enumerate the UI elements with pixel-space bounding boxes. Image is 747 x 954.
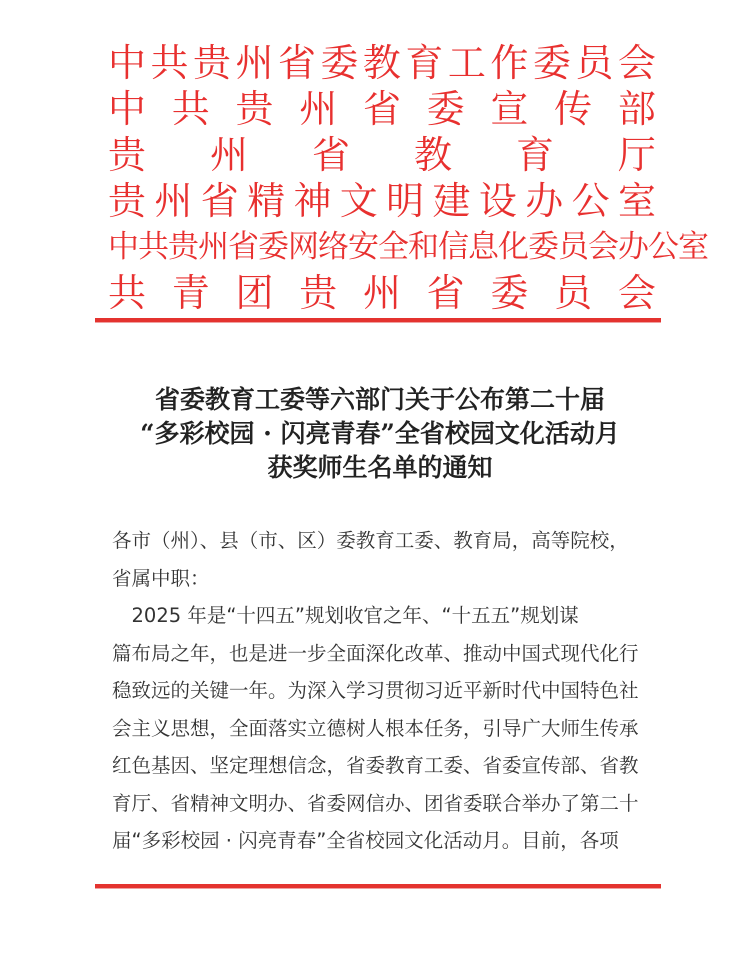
header-char: 作	[490, 40, 528, 86]
header-char: 宣	[490, 86, 528, 132]
header-char: 委	[490, 270, 528, 316]
header-char: 化	[498, 224, 528, 270]
header-char: 贵	[235, 86, 273, 132]
header-char: 网	[288, 224, 318, 270]
salutation-line-1: 各市（州）、县（市、区）委教育工委、教育局，高等院校，	[112, 522, 652, 560]
header-char: 设	[479, 178, 517, 224]
header-char: 委	[258, 224, 288, 270]
header-red-divider	[95, 318, 661, 323]
header-char: 员	[554, 270, 592, 316]
header-char: 州	[363, 270, 401, 316]
header-line-6: 共青团贵州省委员会	[108, 270, 656, 316]
header-char: 教	[414, 132, 452, 178]
header-char: 省	[363, 86, 401, 132]
header-line-4: 贵州省精神文明建设办公室	[108, 178, 656, 224]
title-line-3: 获奖师生名单的通知	[100, 451, 660, 485]
issuing-authorities-header: 中共贵州省委教育工作委员会 中共贵州省委宣传部 贵州省教育厅 贵州省精神文明建设…	[108, 40, 656, 316]
header-char: 文	[340, 178, 378, 224]
header-char: 贵	[193, 40, 231, 86]
header-char: 部	[618, 86, 656, 132]
document-title: 省委教育工委等六部门关于公布第二十届 “多彩校园 · 闪亮青春”全省校园文化活动…	[100, 383, 660, 485]
header-line-2: 中共贵州省委宣传部	[108, 86, 656, 132]
header-char: 省	[278, 40, 316, 86]
header-char: 中	[108, 40, 146, 86]
header-char: 传	[554, 86, 592, 132]
document-body: 各市（州）、县（市、区）委教育工委、教育局，高等院校， 省属中职： 2025 年…	[112, 522, 652, 860]
header-char: 公	[572, 178, 610, 224]
header-char: 精	[247, 178, 285, 224]
header-char: 委	[533, 40, 571, 86]
header-char: 厅	[618, 132, 656, 178]
header-char: 省	[312, 132, 350, 178]
header-line-1: 中共贵州省委教育工作委员会	[108, 40, 656, 86]
header-char: 教	[363, 40, 401, 86]
header-char: 办	[618, 224, 648, 270]
paragraph-line-7: 届“多彩校园 · 闪亮青春”全省校园文化活动月。目前，各项	[112, 822, 652, 860]
header-char: 省	[201, 178, 239, 224]
header-char: 全	[378, 224, 408, 270]
header-char: 工	[448, 40, 486, 86]
header-char: 青	[172, 270, 210, 316]
header-char: 公	[648, 224, 678, 270]
header-char: 中	[108, 224, 138, 270]
header-char: 室	[678, 224, 708, 270]
header-char: 贵	[299, 270, 337, 316]
header-char: 和	[408, 224, 438, 270]
salutation-line-2: 省属中职：	[112, 560, 652, 598]
title-line-2: “多彩校园 · 闪亮青春”全省校园文化活动月	[100, 417, 660, 451]
paragraph-line-2: 篇布局之年，也是进一步全面深化改革、推动中国式现代化行	[112, 635, 652, 673]
title-line-1: 省委教育工委等六部门关于公布第二十届	[100, 383, 660, 417]
header-char: 员	[558, 224, 588, 270]
header-char: 共	[138, 224, 168, 270]
header-char: 中	[108, 86, 146, 132]
paragraph-line-6: 育厅、省精神文明办、省委网信办、团省委联合举办了第二十	[112, 785, 652, 823]
header-char: 贵	[168, 224, 198, 270]
header-char: 委	[528, 224, 558, 270]
header-char: 会	[588, 224, 618, 270]
header-char: 委	[427, 86, 465, 132]
header-char: 会	[618, 40, 656, 86]
header-char: 育	[516, 132, 554, 178]
header-char: 团	[235, 270, 273, 316]
header-char: 共	[172, 86, 210, 132]
header-char: 建	[433, 178, 471, 224]
header-line-5: 中共贵州省委网络安全和信息化委员会办公室	[108, 224, 656, 270]
header-char: 州	[235, 40, 273, 86]
header-line-3: 贵州省教育厅	[108, 132, 656, 178]
header-char: 州	[198, 224, 228, 270]
header-char: 育	[405, 40, 443, 86]
paragraph-line-1: 2025 年是“十四五”规划收官之年、“十五五”规划谋	[112, 597, 652, 635]
header-char: 委	[320, 40, 358, 86]
header-char: 安	[348, 224, 378, 270]
footer-red-divider	[95, 884, 661, 889]
paragraph-line-4: 会主义思想，全面落实立德树人根本任务，引导广大师生传承	[112, 710, 652, 748]
header-char: 室	[618, 178, 656, 224]
header-char: 州	[210, 132, 248, 178]
header-char: 共	[150, 40, 188, 86]
header-char: 神	[293, 178, 331, 224]
paragraph-line-5: 红色基因、坚定理想信念，省委教育工委、省委宣传部、省教	[112, 747, 652, 785]
header-char: 明	[386, 178, 424, 224]
header-char: 省	[427, 270, 465, 316]
header-char: 会	[618, 270, 656, 316]
header-char: 员	[575, 40, 613, 86]
header-char: 贵	[108, 132, 146, 178]
header-char: 息	[468, 224, 498, 270]
header-char: 共	[108, 270, 146, 316]
paragraph-line-3: 稳致远的关键一年。为深入学习贯彻习近平新时代中国特色社	[112, 672, 652, 710]
header-char: 省	[228, 224, 258, 270]
header-char: 信	[438, 224, 468, 270]
header-char: 办	[525, 178, 563, 224]
header-char: 络	[318, 224, 348, 270]
header-char: 州	[154, 178, 192, 224]
header-char: 州	[299, 86, 337, 132]
header-char: 贵	[108, 178, 146, 224]
